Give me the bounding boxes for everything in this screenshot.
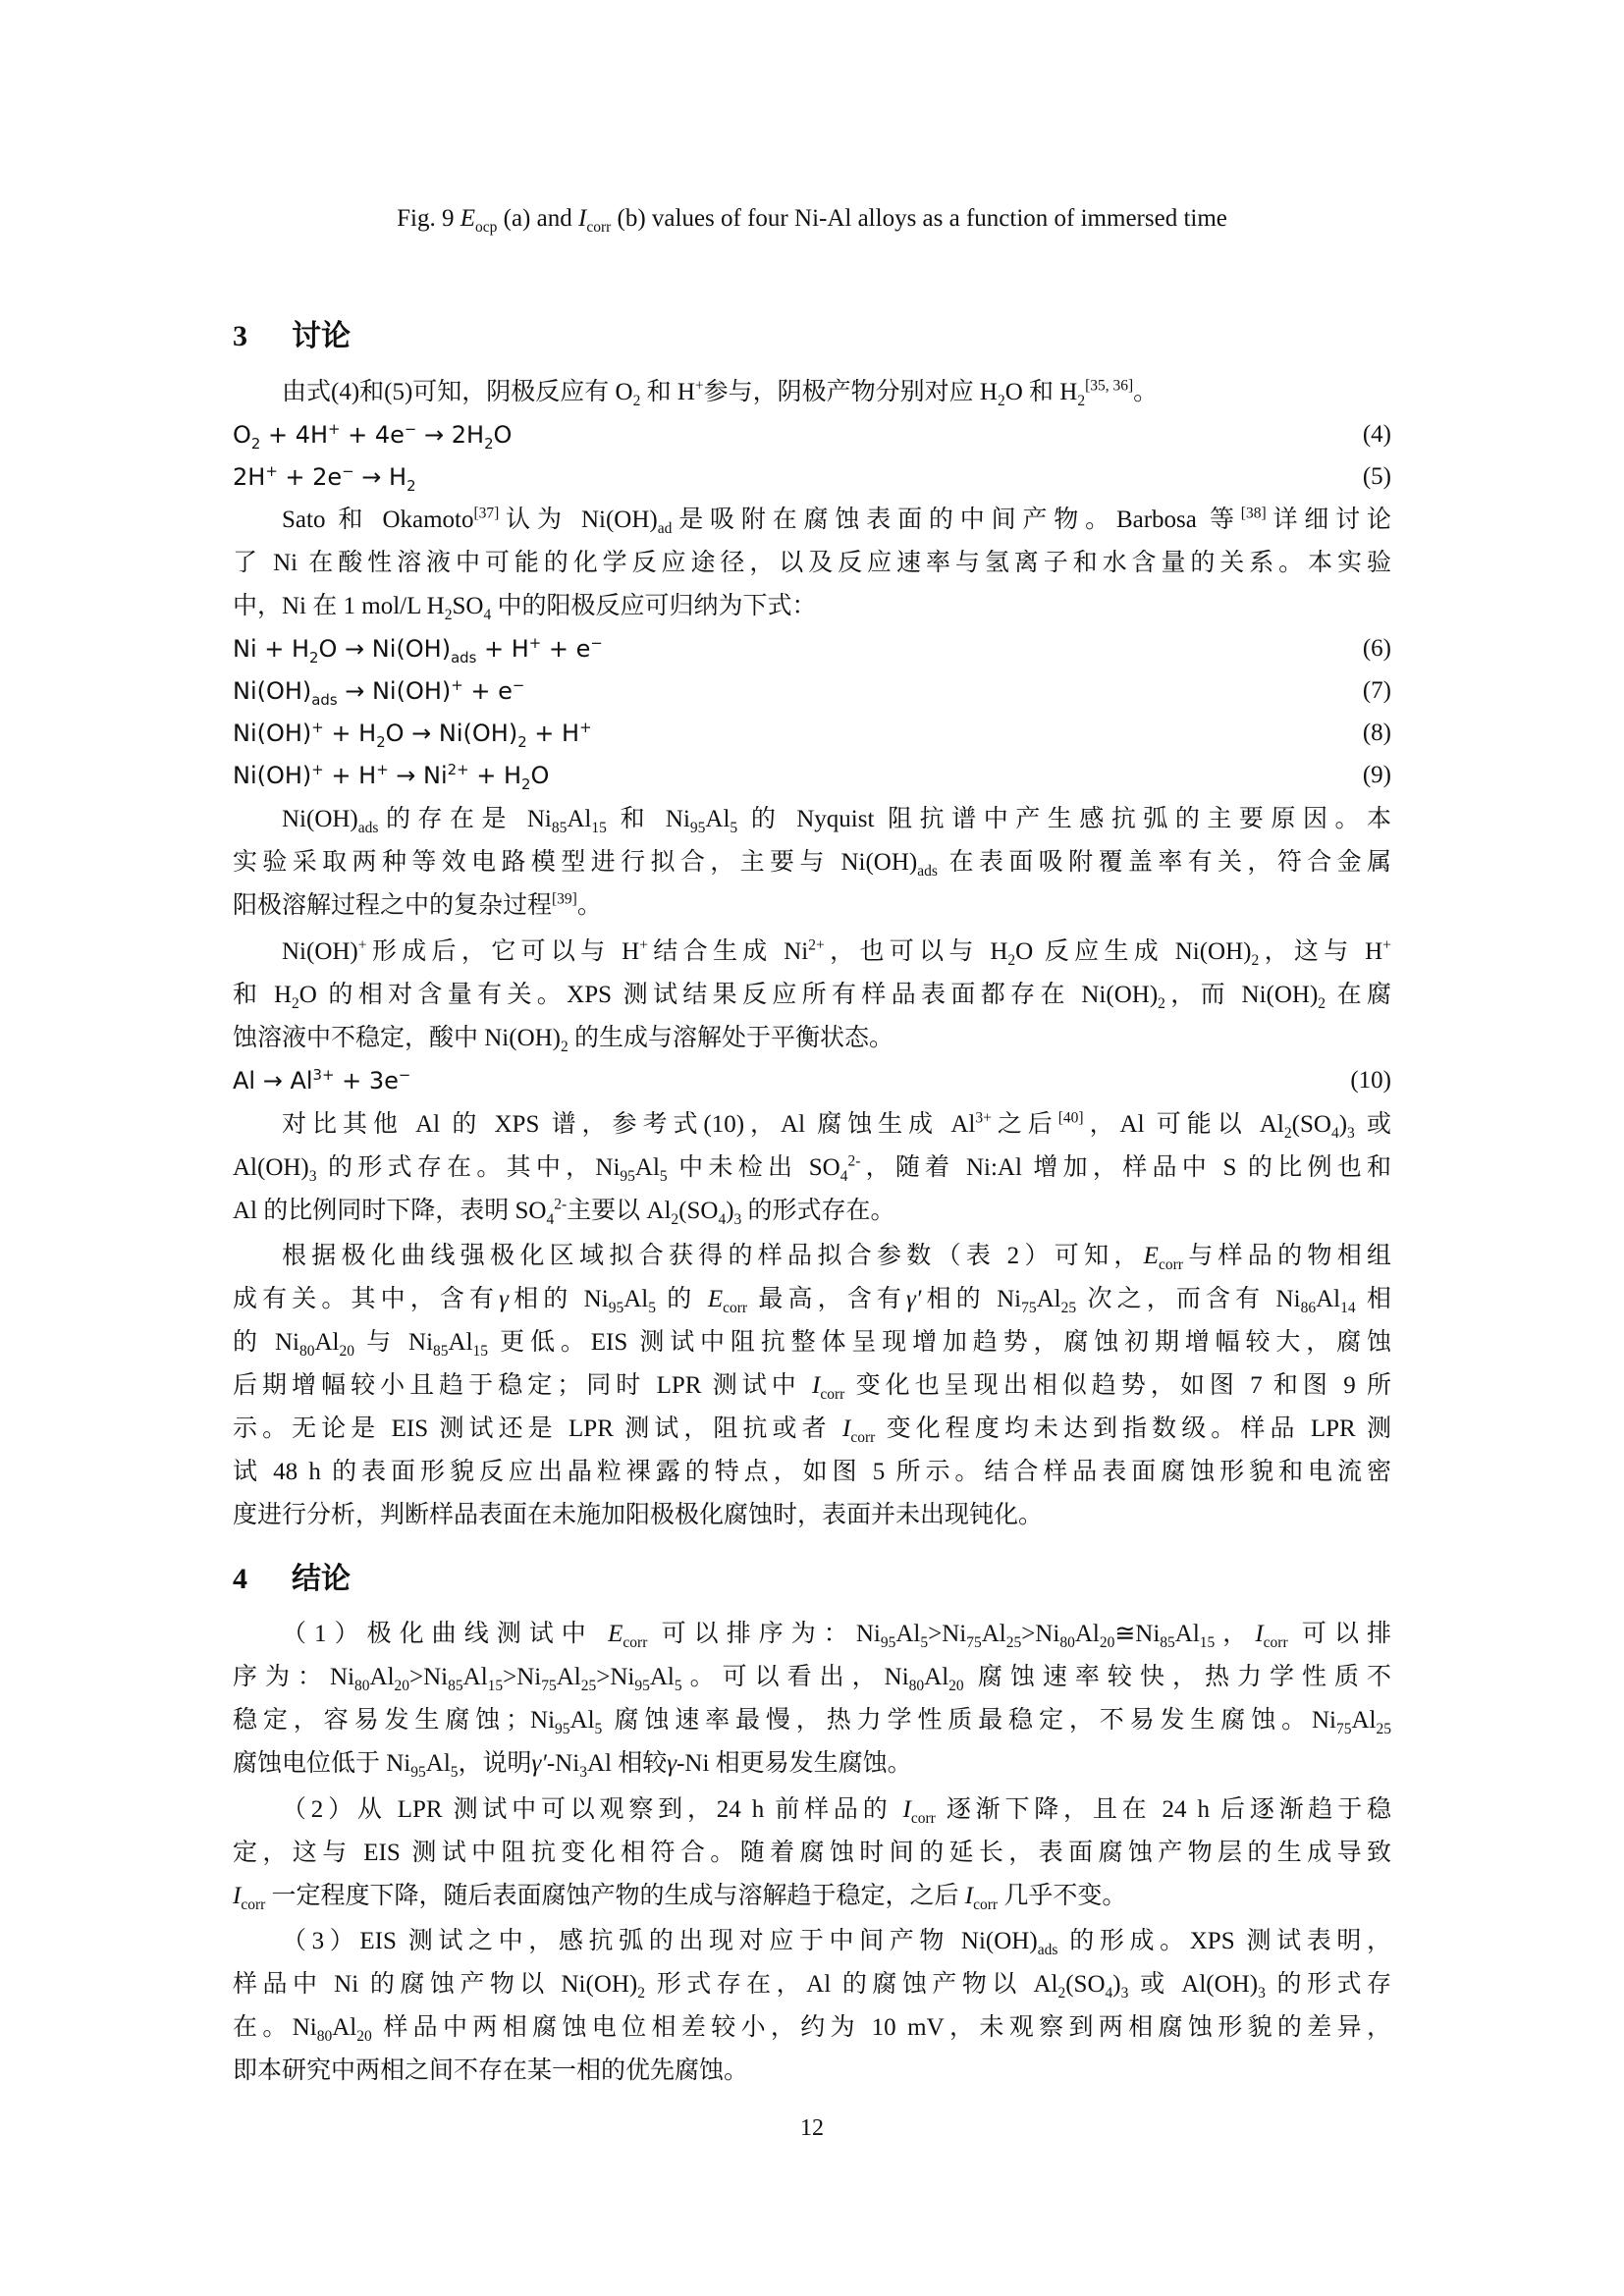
paragraph-line: 由式(4)和(5)可知，阴极反应有 O2 和 H+参与，阴极产物分别对应 H2O… — [282, 378, 1391, 407]
paragraph-line: 示。无论是 EIS 测试还是 LPR 测试，阻抗或者 Icorr 变化程度均未达… — [233, 1415, 1391, 1444]
equation-6: Ni + H2O → Ni(OH)ads + H+ + e−(6) — [233, 634, 1391, 664]
paragraph-line: Ni(OH)ads的存在是 Ni85Al15 和 Ni95Al5 的 Nyqui… — [282, 805, 1391, 834]
paragraph-line: 定，这与 EIS 测试中阻抗变化相符合。随着腐蚀时间的延长，表面腐蚀产物层的生成… — [233, 1839, 1391, 1868]
paragraph-line: 对比其他 Al 的 XPS 谱，参考式(10)，Al 腐蚀生成 Al3+之后[4… — [282, 1110, 1391, 1140]
paragraph-line: Sato 和 Okamoto[37]认为 Ni(OH)ad是吸附在腐蚀表面的中间… — [282, 506, 1391, 535]
paragraph-line: 稳定，容易发生腐蚀；Ni95Al5 腐蚀速率最慢，热力学性质最稳定，不易发生腐蚀… — [233, 1706, 1391, 1735]
equation-7: Ni(OH)ads → Ni(OH)+ + e−(7) — [233, 676, 1391, 706]
paragraph-line: （2）从 LPR 测试中可以观察到，24 h 前样品的 Icorr 逐渐下降，且… — [282, 1795, 1391, 1825]
document-page: Fig. 9 Eocp (a) and Icorr (b) values of … — [0, 0, 1624, 2296]
paragraph-line: Al(OH)3 的形式存在。其中，Ni95Al5 中未检出 SO42-，随着 N… — [233, 1153, 1391, 1183]
equation-8: Ni(OH)+ + H2O → Ni(OH)2 + H+(8) — [233, 719, 1391, 748]
paragraph-line: 的 Ni80Al20 与 Ni85Al15 更低。EIS 测试中阻抗整体呈现增加… — [233, 1328, 1391, 1358]
paragraph-line: Al 的比例同时下降，表明 SO42-主要以 Al2(SO4)3 的形式存在。 — [233, 1197, 1391, 1226]
paragraph-line: （1）极化曲线测试中 Ecorr 可以排序为：Ni95Al5>Ni75Al25>… — [282, 1620, 1391, 1649]
equation-4: O2 + 4H+ + 4e− → 2H2O(4) — [233, 420, 1391, 450]
paragraph-line: 样品中 Ni 的腐蚀产物以 Ni(OH)2 形式存在，Al 的腐蚀产物以 Al2… — [233, 1970, 1391, 2000]
paragraph-line: 度进行分析，判断样品表面在未施加阳极极化腐蚀时，表面并未出现钝化。 — [233, 1501, 1391, 1530]
paragraph-line: 阳极溶解过程之中的复杂过程[39]。 — [233, 891, 1391, 921]
page-number: 12 — [0, 2115, 1624, 2142]
paragraph-line: 了 Ni 在酸性溶液中可能的化学反应途径，以及反应速率与氢离子和水含量的关系。本… — [233, 549, 1391, 578]
paragraph-line: 在。Ni80Al20 样品中两相腐蚀电位相差较小，约为 10 mV，未观察到两相… — [233, 2013, 1391, 2043]
paragraph-line: （3）EIS 测试之中，感抗弧的出现对应于中间产物 Ni(OH)ads 的形成。… — [282, 1927, 1391, 1956]
section-heading-conclusion: 4结论 — [233, 1554, 351, 1597]
paragraph-line: Ni(OH)+形成后，它可以与 H+结合生成 Ni2+，也可以与 H2O 反应生… — [282, 937, 1391, 967]
paragraph-line: 腐蚀电位低于 Ni95Al5，说明γ′-Ni3Al 相较γ-Ni 相更易发生腐蚀… — [233, 1749, 1391, 1779]
figure-caption: Fig. 9 Eocp (a) and Icorr (b) values of … — [0, 205, 1624, 233]
paragraph-line: 序为：Ni80Al20>Ni85Al15>Ni75Al25>Ni95Al5。可以… — [233, 1663, 1391, 1692]
paragraph-line: 成有关。其中，含有γ相的 Ni95Al5 的 Ecorr 最高，含有γ′相的 N… — [233, 1285, 1391, 1314]
paragraph-line: 试 48 h 的表面形貌反应出晶粒裸露的特点，如图 5 所示。结合样品表面腐蚀形… — [233, 1458, 1391, 1487]
paragraph-line: 根据极化曲线强极化区域拟合获得的样品拟合参数（表 2）可知，Ecorr与样品的物… — [282, 1242, 1391, 1271]
equation-9: Ni(OH)+ + H+ → Ni2+ + H2O(9) — [233, 761, 1391, 790]
paragraph-line: 蚀溶液中不稳定，酸中 Ni(OH)2 的生成与溶解处于平衡状态。 — [233, 1024, 1391, 1053]
paragraph-line: 即本研究中两相之间不存在某一相的优先腐蚀。 — [233, 2056, 1391, 2086]
equation-5: 2H+ + 2e− → H2(5) — [233, 462, 1391, 492]
paragraph-line: 后期增幅较小且趋于稳定；同时 LPR 测试中 Icorr 变化也呈现出相似趋势，… — [233, 1371, 1391, 1401]
section-heading-discussion: 3讨论 — [233, 311, 351, 354]
equation-10: Al → Al3+ + 3e−(10) — [233, 1066, 1391, 1095]
paragraph-line: Icorr 一定程度下降，随后表面腐蚀产物的生成与溶解趋于稳定，之后 Icorr… — [233, 1882, 1391, 1911]
paragraph-line: 和 H2O 的相对含量有关。XPS 测试结果反应所有样品表面都存在 Ni(OH)… — [233, 981, 1391, 1010]
paragraph-line: 中，Ni 在 1 mol/L H2SO4 中的阳极反应可归纳为下式： — [233, 592, 1391, 621]
paragraph-line: 实验采取两种等效电路模型进行拟合，主要与 Ni(OH)ads 在表面吸附覆盖率有… — [233, 848, 1391, 878]
